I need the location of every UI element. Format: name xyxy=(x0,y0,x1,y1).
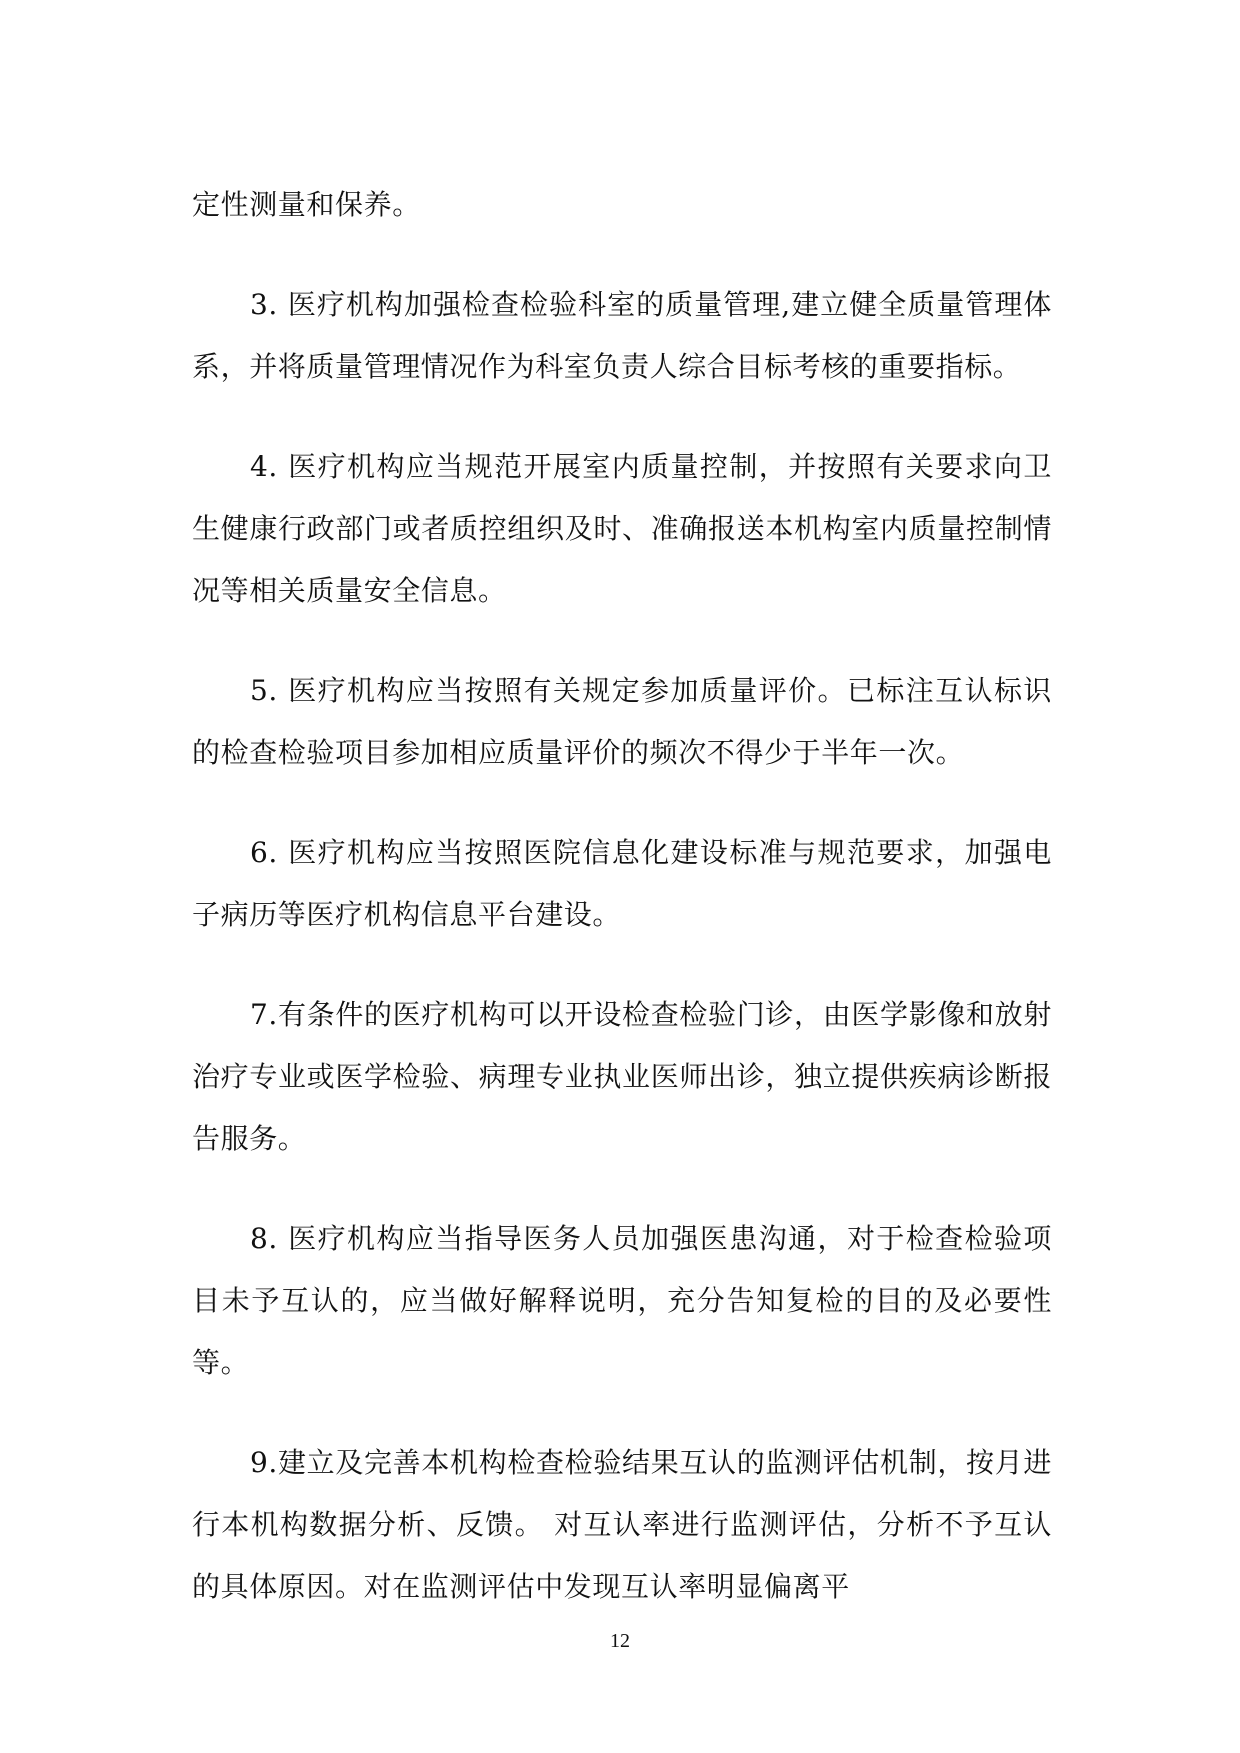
paragraph-item-5: 5. 医疗机构应当按照有关规定参加质量评价。已标注互认标识的检查检验项目参加相应… xyxy=(192,660,1052,784)
paragraph-item-7: 7.有条件的医疗机构可以开设检查检验门诊，由医学影像和放射治疗专业或医学检验、病… xyxy=(192,984,1052,1170)
paragraph-item-4: 4. 医疗机构应当规范开展室内质量控制，并按照有关要求向卫生健康行政部门或者质控… xyxy=(192,436,1052,622)
page-body: 定性测量和保养。 3. 医疗机构加强检查检验科室的质量管理,建立健全质量管理体系… xyxy=(192,174,1052,1618)
paragraph-continuation: 定性测量和保养。 xyxy=(192,174,1052,236)
page-number: 12 xyxy=(0,1630,1240,1653)
paragraph-item-3: 3. 医疗机构加强检查检验科室的质量管理,建立健全质量管理体系，并将质量管理情况… xyxy=(192,274,1052,398)
paragraph-item-9: 9.建立及完善本机构检查检验结果互认的监测评估机制，按月进行本机构数据分析、反馈… xyxy=(192,1432,1052,1618)
paragraph-item-6: 6. 医疗机构应当按照医院信息化建设标准与规范要求，加强电子病历等医疗机构信息平… xyxy=(192,822,1052,946)
paragraph-item-8: 8. 医疗机构应当指导医务人员加强医患沟通，对于检查检验项目未予互认的，应当做好… xyxy=(192,1208,1052,1394)
